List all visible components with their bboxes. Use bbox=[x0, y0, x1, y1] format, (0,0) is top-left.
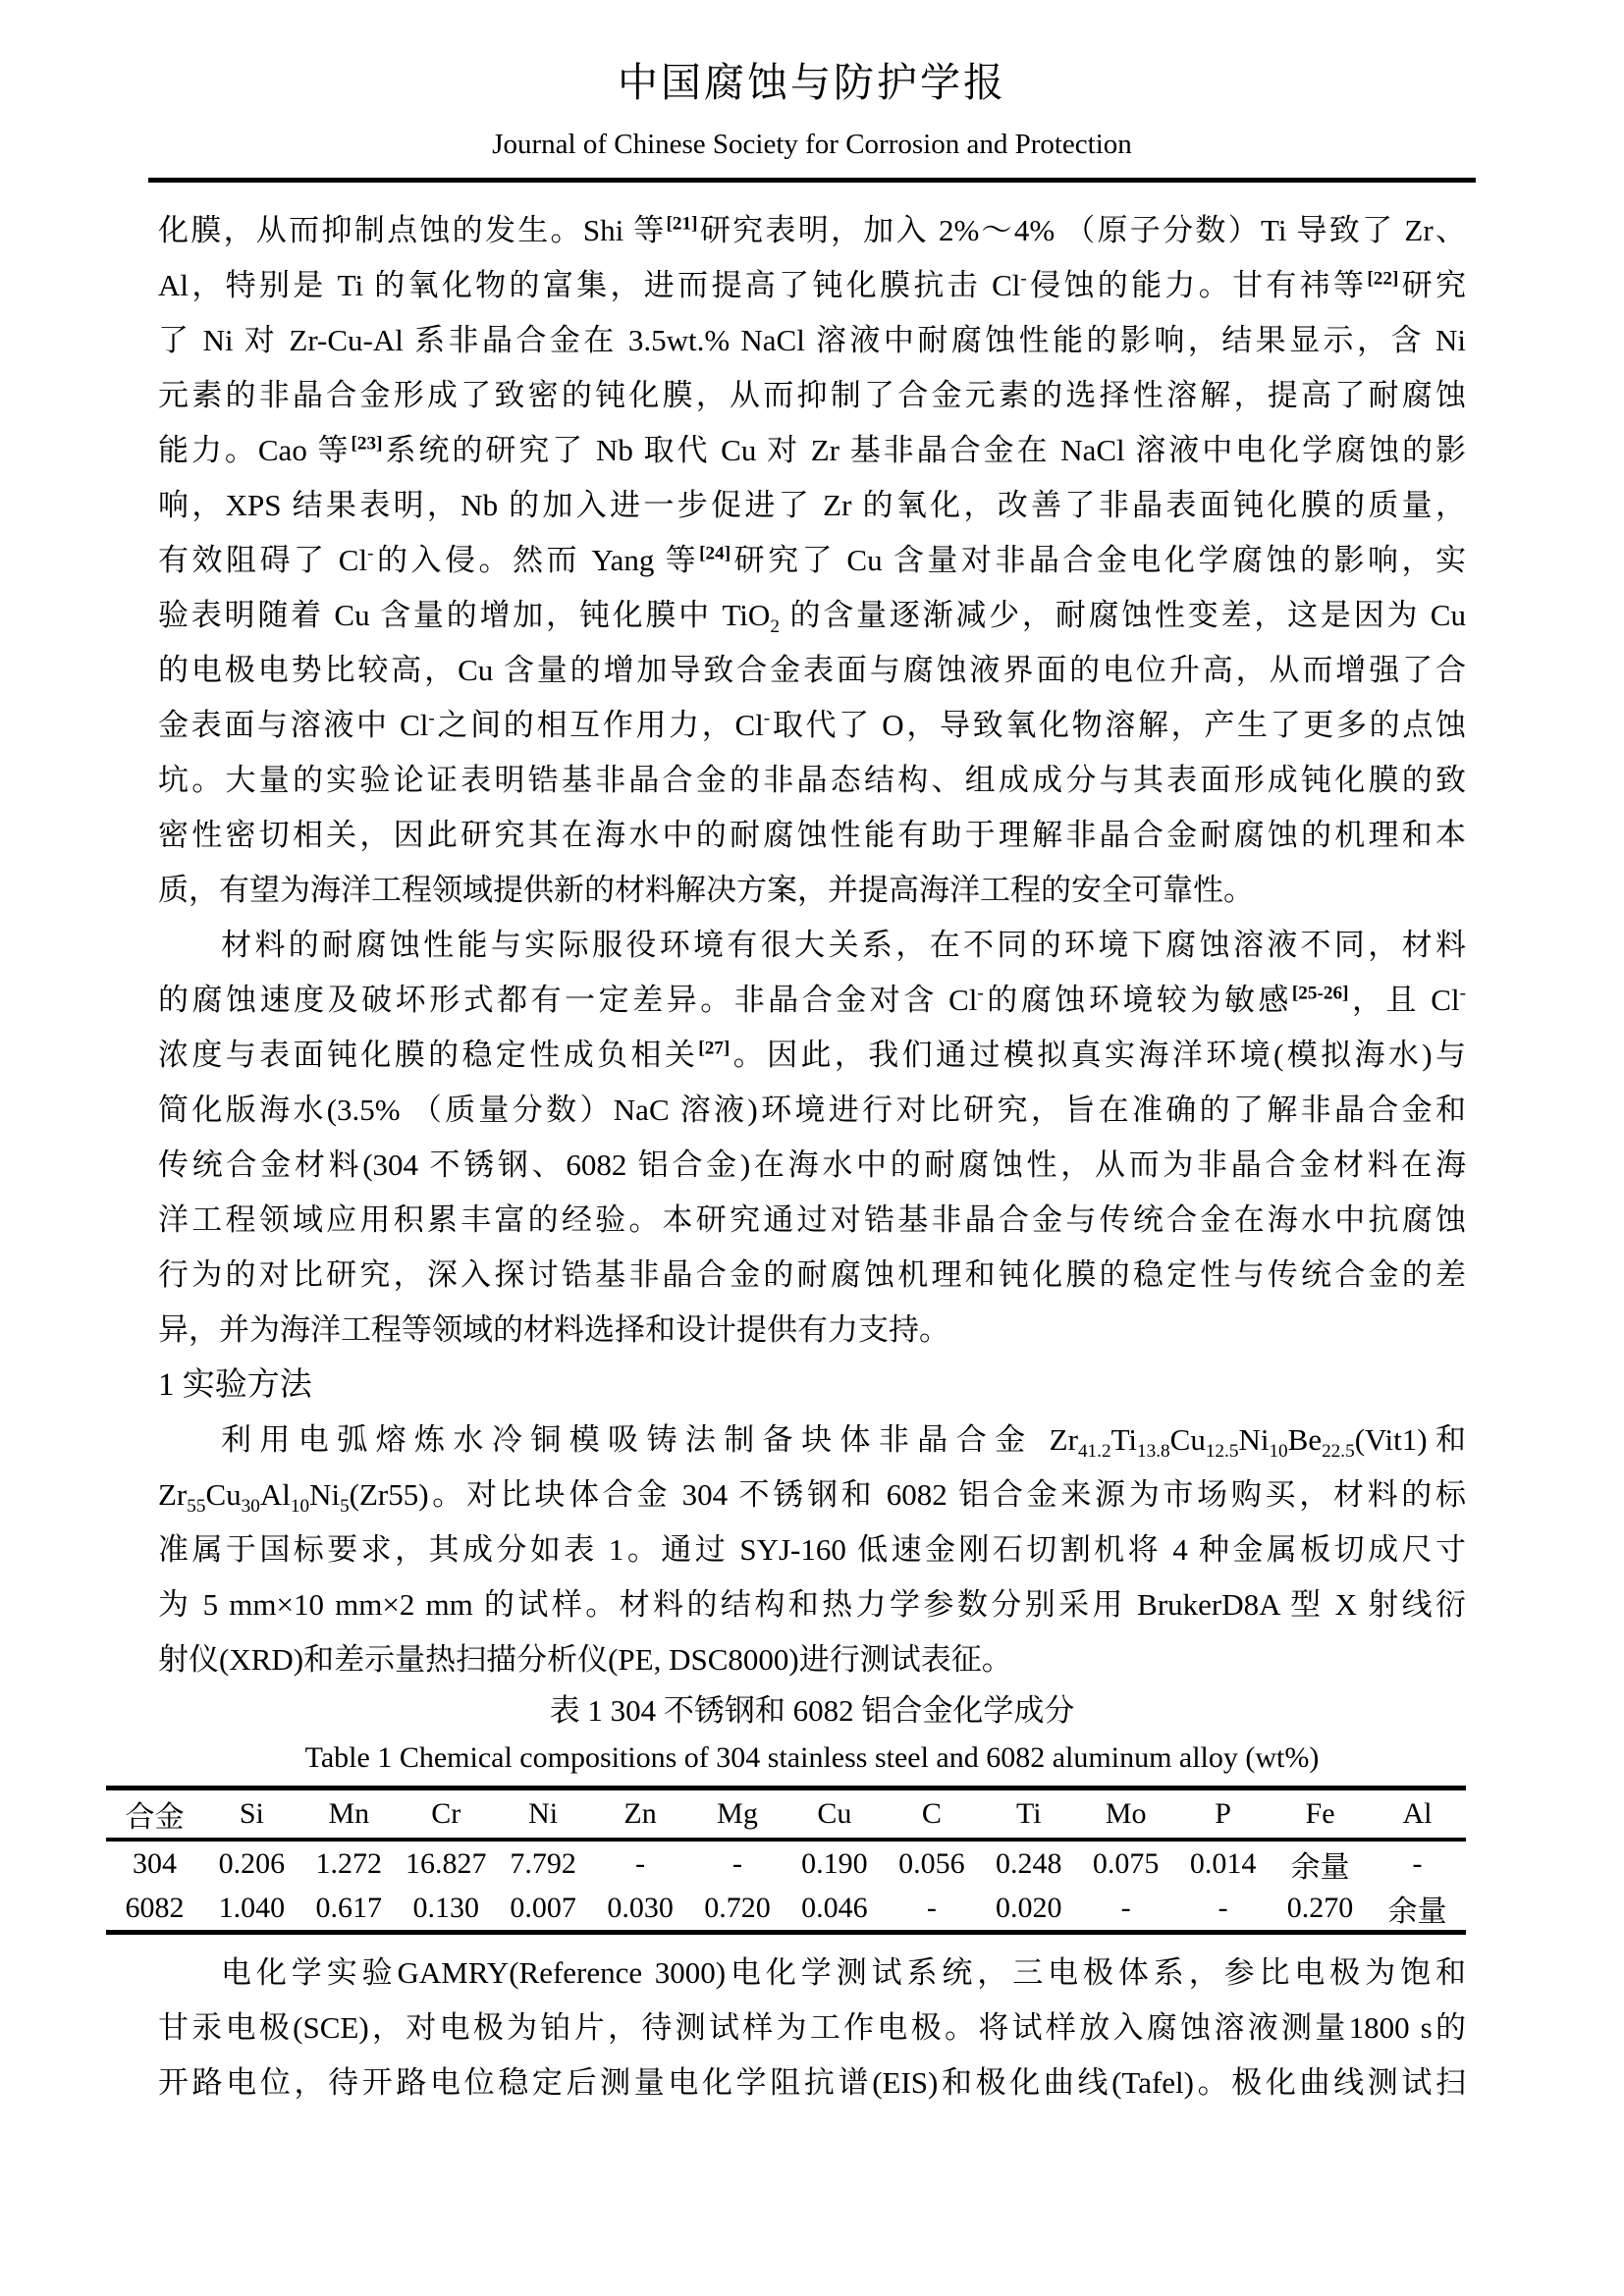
table-cell: 0.130 bbox=[398, 1886, 495, 1933]
paragraph-line: 的电极电势比较高，Cu 含量的增加导致合金表面与腐蚀液界面的电位升高，从而增强了… bbox=[158, 643, 1466, 698]
section-heading: 1 实验方法 bbox=[158, 1358, 1466, 1413]
paragraph-line: 质，有望为海洋工程领域提供新的材料解决方案，并提高海洋工程的安全可靠性。 bbox=[158, 863, 1466, 918]
table-header-cell: Al bbox=[1369, 1789, 1466, 1841]
table-cell: - bbox=[883, 1886, 980, 1933]
paragraph-line: 验表明随着 Cu 含量的增加，钝化膜中 TiO2 的含量逐渐减少，耐腐蚀性变差，… bbox=[158, 588, 1466, 643]
table-cell: 0.020 bbox=[980, 1886, 1077, 1933]
paragraph-line: 有效阻碍了 Cl-的入侵。然而 Yang 等[24]研究了 Cu 含量对非晶合金… bbox=[158, 533, 1466, 588]
table-cell: 1.040 bbox=[203, 1886, 300, 1933]
paragraph-line: 材料的耐腐蚀性能与实际服役环境有很大关系，在不同的环境下腐蚀溶液不同，材料 bbox=[158, 918, 1466, 973]
paragraph-line: 能力。Cao 等[23]系统的研究了 Nb 取代 Cu 对 Zr 基非晶合金在 … bbox=[158, 423, 1466, 478]
table-header-row: 合金 Si Mn Cr Ni Zn Mg Cu C Ti Mo P Fe Al bbox=[106, 1789, 1466, 1841]
table-header-cell: Cu bbox=[785, 1789, 883, 1841]
table-header-cell: Mo bbox=[1077, 1789, 1174, 1841]
table-cell: 6082 bbox=[106, 1886, 203, 1933]
table-cell: 0.030 bbox=[592, 1886, 689, 1933]
table-cell: 16.827 bbox=[398, 1840, 495, 1886]
paragraph-line: 响，XPS 结果表明，Nb 的加入进一步促进了 Zr 的氧化，改善了非晶表面钝化… bbox=[158, 478, 1466, 533]
table-cell: 0.720 bbox=[689, 1886, 786, 1933]
table-cell: - bbox=[592, 1840, 689, 1886]
paragraph-line: 利用电弧熔炼水冷铜模吸铸法制备块体非晶合金 Zr41.2Ti13.8Cu12.5… bbox=[158, 1413, 1466, 1468]
table-cell: - bbox=[689, 1840, 786, 1886]
paragraph-line: 传统合金材料(304 不锈钢、6082 铝合金)在海水中的耐腐蚀性，从而为非晶合… bbox=[158, 1138, 1466, 1193]
table-row: 304 0.206 1.272 16.827 7.792 - - 0.190 0… bbox=[106, 1840, 1466, 1886]
paragraph-line: 准属于国标要求，其成分如表 1。通过 SYJ-160 低速金刚石切割机将 4 种… bbox=[158, 1522, 1466, 1577]
paragraph-line: 化膜，从而抑制点蚀的发生。Shi 等[21]研究表明，加入 2%～4% （原子分… bbox=[158, 203, 1466, 258]
paragraph-line: 异，并为海洋工程等领域的材料选择和设计提供有力支持。 bbox=[158, 1303, 1466, 1358]
table-header-cell: Cr bbox=[398, 1789, 495, 1841]
table-cell: 0.270 bbox=[1272, 1886, 1369, 1933]
table-cell: 0.046 bbox=[785, 1886, 883, 1933]
table-cell: 0.190 bbox=[785, 1840, 883, 1886]
paragraph-line: 元素的非晶合金形成了致密的钝化膜，从而抑制了合金元素的选择性溶解，提高了耐腐蚀 bbox=[158, 368, 1466, 423]
table-cell: 7.792 bbox=[495, 1840, 592, 1886]
table-caption-en: Table 1 Chemical compositions of 304 sta… bbox=[158, 1735, 1466, 1782]
table-cell: 0.056 bbox=[883, 1840, 980, 1886]
table-cell: 余量 bbox=[1369, 1886, 1466, 1933]
paragraph-line: 行为的对比研究，深入探讨锆基非晶合金的耐腐蚀机理和钝化膜的稳定性与传统合金的差 bbox=[158, 1248, 1466, 1303]
body-text: 化膜，从而抑制点蚀的发生。Shi 等[21]研究表明，加入 2%～4% （原子分… bbox=[158, 203, 1466, 1782]
paragraph-line: Al，特别是 Ti 的氧化物的富集，进而提高了钝化膜抗击 Cl-侵蚀的能力。甘有… bbox=[158, 258, 1466, 313]
paragraph-line: 浓度与表面钝化膜的稳定性成负相关[27]。因此，我们通过模拟真实海洋环境(模拟海… bbox=[158, 1028, 1466, 1083]
paragraph-2: 材料的耐腐蚀性能与实际服役环境有很大关系，在不同的环境下腐蚀溶液不同，材料 的腐… bbox=[158, 918, 1466, 1358]
table-cell: - bbox=[1077, 1886, 1174, 1933]
paragraph-line: 开路电位，待开路电位稳定后测量电化学阻抗谱(EIS)和极化曲线(Tafel)。极… bbox=[158, 2056, 1466, 2110]
table-row: 6082 1.040 0.617 0.130 0.007 0.030 0.720… bbox=[106, 1886, 1466, 1933]
paragraph-line: 了 Ni 对 Zr-Cu-Al 系非晶合金在 3.5wt.% NaCl 溶液中耐… bbox=[158, 313, 1466, 368]
table-cell: 0.014 bbox=[1174, 1840, 1272, 1886]
paragraph-line: 的腐蚀速度及破坏形式都有一定差异。非晶合金对含 Cl-的腐蚀环境较为敏感[25-… bbox=[158, 973, 1466, 1028]
journal-title-cn: 中国腐蚀与防护学报 bbox=[0, 57, 1624, 108]
paragraph-1: 化膜，从而抑制点蚀的发生。Shi 等[21]研究表明，加入 2%～4% （原子分… bbox=[158, 203, 1466, 918]
paragraph-line: 射仪(XRD)和差示量热扫描分析仪(PE, DSC8000)进行测试表征。 bbox=[158, 1632, 1466, 1687]
paragraph-line: 甘汞电极(SCE)，对电极为铂片，待测试样为工作电极。将试样放入腐蚀溶液测量18… bbox=[158, 2001, 1466, 2056]
table-cell: 0.248 bbox=[980, 1840, 1077, 1886]
paragraph-line: 金表面与溶液中 Cl-之间的相互作用力，Cl-取代了 O，导致氧化物溶解，产生了… bbox=[158, 698, 1466, 753]
table-cell: 0.075 bbox=[1077, 1840, 1174, 1886]
table-cell: 0.617 bbox=[300, 1886, 398, 1933]
table-header-cell: Mg bbox=[689, 1789, 786, 1841]
header-rule bbox=[148, 178, 1476, 183]
paragraph-line: Zr55Cu30Al10Ni5(Zr55)。对比块体合金 304 不锈钢和 60… bbox=[158, 1468, 1466, 1522]
journal-title-en: Journal of Chinese Society for Corrosion… bbox=[0, 126, 1624, 163]
table-header-cell: Ni bbox=[495, 1789, 592, 1841]
paragraph-line: 密性密切相关，因此研究其在海水中的耐腐蚀性能有助于理解非晶合金耐腐蚀的机理和本 bbox=[158, 808, 1466, 863]
table-cell: 0.007 bbox=[495, 1886, 592, 1933]
document-page: 中国腐蚀与防护学报 Journal of Chinese Society for… bbox=[0, 0, 1624, 2296]
table-cell: - bbox=[1174, 1886, 1272, 1933]
paragraph-line: 洋工程领域应用积累丰富的经验。本研究通过对锆基非晶合金与传统合金在海水中抗腐蚀 bbox=[158, 1193, 1466, 1248]
table-cell: 1.272 bbox=[300, 1840, 398, 1886]
paragraph-line: 坑。大量的实验论证表明锆基非晶合金的非晶态结构、组成成分与其表面形成钝化膜的致 bbox=[158, 753, 1466, 808]
table-header-cell: C bbox=[883, 1789, 980, 1841]
table-cell: - bbox=[1369, 1840, 1466, 1886]
journal-header: 中国腐蚀与防护学报 Journal of Chinese Society for… bbox=[0, 0, 1624, 183]
paragraph-line: 简化版海水(3.5% （质量分数）NaC 溶液)环境进行对比研究，旨在准确的了解… bbox=[158, 1083, 1466, 1138]
table-cell: 0.206 bbox=[203, 1840, 300, 1886]
table-header-cell: Si bbox=[203, 1789, 300, 1841]
table-header-cell: 合金 bbox=[106, 1789, 203, 1841]
table-header-cell: P bbox=[1174, 1789, 1272, 1841]
table-cell: 余量 bbox=[1272, 1840, 1369, 1886]
paragraph-line: 电化学实验GAMRY(Reference 3000)电化学测试系统，三电极体系，… bbox=[158, 1946, 1466, 2001]
paragraph-line: 为 5 mm×10 mm×2 mm 的试样。材料的结构和热力学参数分别采用 Br… bbox=[158, 1577, 1466, 1632]
paragraph-3: 利用电弧熔炼水冷铜模吸铸法制备块体非晶合金 Zr41.2Ti13.8Cu12.5… bbox=[158, 1413, 1466, 1687]
composition-table: 合金 Si Mn Cr Ni Zn Mg Cu C Ti Mo P Fe Al … bbox=[106, 1786, 1466, 1935]
table-header-cell: Fe bbox=[1272, 1789, 1369, 1841]
table-caption-cn: 表 1 304 不锈钢和 6082 铝合金化学成分 bbox=[158, 1687, 1466, 1735]
table-header-cell: Ti bbox=[980, 1789, 1077, 1841]
paragraph-4: 电化学实验GAMRY(Reference 3000)电化学测试系统，三电极体系，… bbox=[158, 1946, 1466, 2110]
table-header-cell: Mn bbox=[300, 1789, 398, 1841]
table-cell: 304 bbox=[106, 1840, 203, 1886]
table-header-cell: Zn bbox=[592, 1789, 689, 1841]
